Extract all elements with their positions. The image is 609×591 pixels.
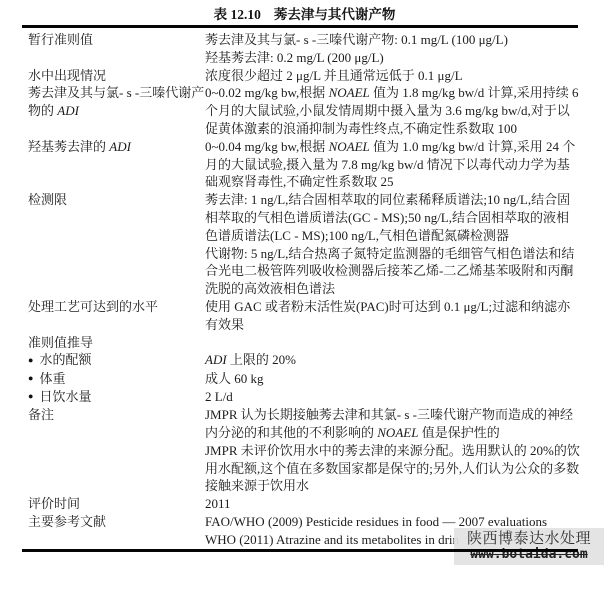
row-value: 浓度很少超过 2 μg/L 并且通常远低于 0.1 μg/L <box>205 67 580 85</box>
watermark-badge: 陕西博泰达水处理 www.botaida.com <box>454 528 604 565</box>
row-value: ADI 上限的 20% <box>205 351 580 369</box>
table-row-treatment-achievability: 处理工艺可达到的水平 使用 GAC 或者粉末活性炭(PAC)时可达到 0.1 μ… <box>28 298 580 334</box>
value-line: 0~0.02 mg/kg bw,根据 NOAEL 值为 1.8 mg/kg bw… <box>205 84 580 137</box>
row-label: 检测限 <box>28 191 205 209</box>
row-label: 水中出现情况 <box>28 67 205 85</box>
row-value: 莠去津: 1 ng/L,结合固相萃取的同位素稀释质谱法;10 ng/L,结合固相… <box>205 191 580 298</box>
row-label-text: 水的配额 <box>39 352 91 367</box>
row-label: 莠去津及其与氯- s -三嗪代谢产物的 ADI <box>28 84 205 120</box>
table-row-remarks: 备注 JMPR 认为长期接触莠去津和其氯- s -三嗪代谢产物而造成的神经内分泌… <box>28 406 580 495</box>
row-value: 2011 <box>205 495 580 513</box>
value-line: 莠去津: 1 ng/L,结合固相萃取的同位素稀释质谱法;10 ng/L,结合固相… <box>205 191 580 244</box>
row-label: ●体重 <box>28 370 205 388</box>
table-row-adi-hydroxyatrazine: 羟基莠去津的 ADI 0~0.04 mg/kg bw,根据 NOAEL 值为 1… <box>28 138 580 191</box>
row-label: 准则值推导 <box>28 334 205 352</box>
row-value: 0~0.02 mg/kg bw,根据 NOAEL 值为 1.8 mg/kg bw… <box>205 84 580 137</box>
row-label-text: 体重 <box>39 371 65 386</box>
row-value: 莠去津及其与氯- s -三嗪代谢产物: 0.1 mg/L (100 μg/L) … <box>205 31 580 67</box>
row-label: ●日饮水量 <box>28 388 205 406</box>
value-line: 浓度很少超过 2 μg/L 并且通常远低于 0.1 μg/L <box>205 67 580 85</box>
row-label: 评价时间 <box>28 495 205 513</box>
value-line: 0~0.04 mg/kg bw,根据 NOAEL 值为 1.0 mg/kg bw… <box>205 138 580 191</box>
bottom-rule <box>22 549 578 552</box>
value-line: 2 L/d <box>205 388 580 406</box>
table-number: 表 12.10 <box>214 7 261 22</box>
bullet-icon: ● <box>28 370 33 388</box>
value-line: 莠去津及其与氯- s -三嗪代谢产物: 0.1 mg/L (100 μg/L) <box>205 31 580 49</box>
bullet-icon: ● <box>28 352 33 370</box>
row-label: 处理工艺可达到的水平 <box>28 298 205 316</box>
table-row-daily-water-intake: ●日饮水量 2 L/d <box>28 388 580 406</box>
table-row-water-allocation: ●水的配额 ADI 上限的 20% <box>28 351 580 369</box>
table-row-detection-limit: 检测限 莠去津: 1 ng/L,结合固相萃取的同位素稀释质谱法;10 ng/L,… <box>28 191 580 298</box>
value-line: 代谢物: 5 ng/L,结合热离子氮特定监测器的毛细管气相色谱法和结合光电二极管… <box>205 245 580 298</box>
table-row-adi-chloro-triazine: 莠去津及其与氯- s -三嗪代谢产物的 ADI 0~0.02 mg/kg bw,… <box>28 84 580 137</box>
table-title-text: 莠去津与其代谢产物 <box>274 7 396 22</box>
value-line: JMPR 认为长期接触莠去津和其氯- s -三嗪代谢产物而造成的神经内分泌的和其… <box>205 406 580 442</box>
table-row-guideline-derivation-header: 准则值推导 <box>28 334 580 352</box>
row-label: 羟基莠去津的 ADI <box>28 138 205 156</box>
row-label: 主要参考文献 <box>28 513 205 531</box>
value-line: 成人 60 kg <box>205 370 580 388</box>
value-line: 羟基莠去津: 0.2 mg/L (200 μg/L) <box>205 49 580 67</box>
row-value: 使用 GAC 或者粉末活性炭(PAC)时可达到 0.1 μg/L;过滤和纳滤亦有… <box>205 298 580 334</box>
value-line: JMPR 未评价饮用水中的莠去津的来源分配。选用默认的 20%的饮用水配额,这个… <box>205 442 580 495</box>
row-label: 备注 <box>28 406 205 424</box>
table-row-provisional-guideline: 暂行准则值 莠去津及其与氯- s -三嗪代谢产物: 0.1 mg/L (100 … <box>28 31 580 67</box>
table-row-body-weight: ●体重 成人 60 kg <box>28 370 580 388</box>
row-value: JMPR 认为长期接触莠去津和其氯- s -三嗪代谢产物而造成的神经内分泌的和其… <box>205 406 580 495</box>
row-value: 2 L/d <box>205 388 580 406</box>
value-line: ADI 上限的 20% <box>205 351 580 369</box>
bullet-icon: ● <box>28 388 33 406</box>
guideline-table: 暂行准则值 莠去津及其与氯- s -三嗪代谢产物: 0.1 mg/L (100 … <box>28 31 580 549</box>
value-line: 2011 <box>205 495 580 513</box>
table-title: 表 12.10莠去津与其代谢产物 <box>0 6 609 23</box>
value-line: 使用 GAC 或者粉末活性炭(PAC)时可达到 0.1 μg/L;过滤和纳滤亦有… <box>205 298 580 334</box>
row-label-text: 日饮水量 <box>39 389 91 404</box>
table-row-occurrence: 水中出现情况 浓度很少超过 2 μg/L 并且通常远低于 0.1 μg/L <box>28 67 580 85</box>
row-value: 0~0.04 mg/kg bw,根据 NOAEL 值为 1.0 mg/kg bw… <box>205 138 580 191</box>
watermark-company-name: 陕西博泰达水处理 <box>454 529 604 547</box>
top-rule <box>22 25 578 28</box>
table-row-assessment-date: 评价时间 2011 <box>28 495 580 513</box>
row-label: 暂行准则值 <box>28 31 205 49</box>
row-value: 成人 60 kg <box>205 370 580 388</box>
row-label: ●水的配额 <box>28 351 205 369</box>
